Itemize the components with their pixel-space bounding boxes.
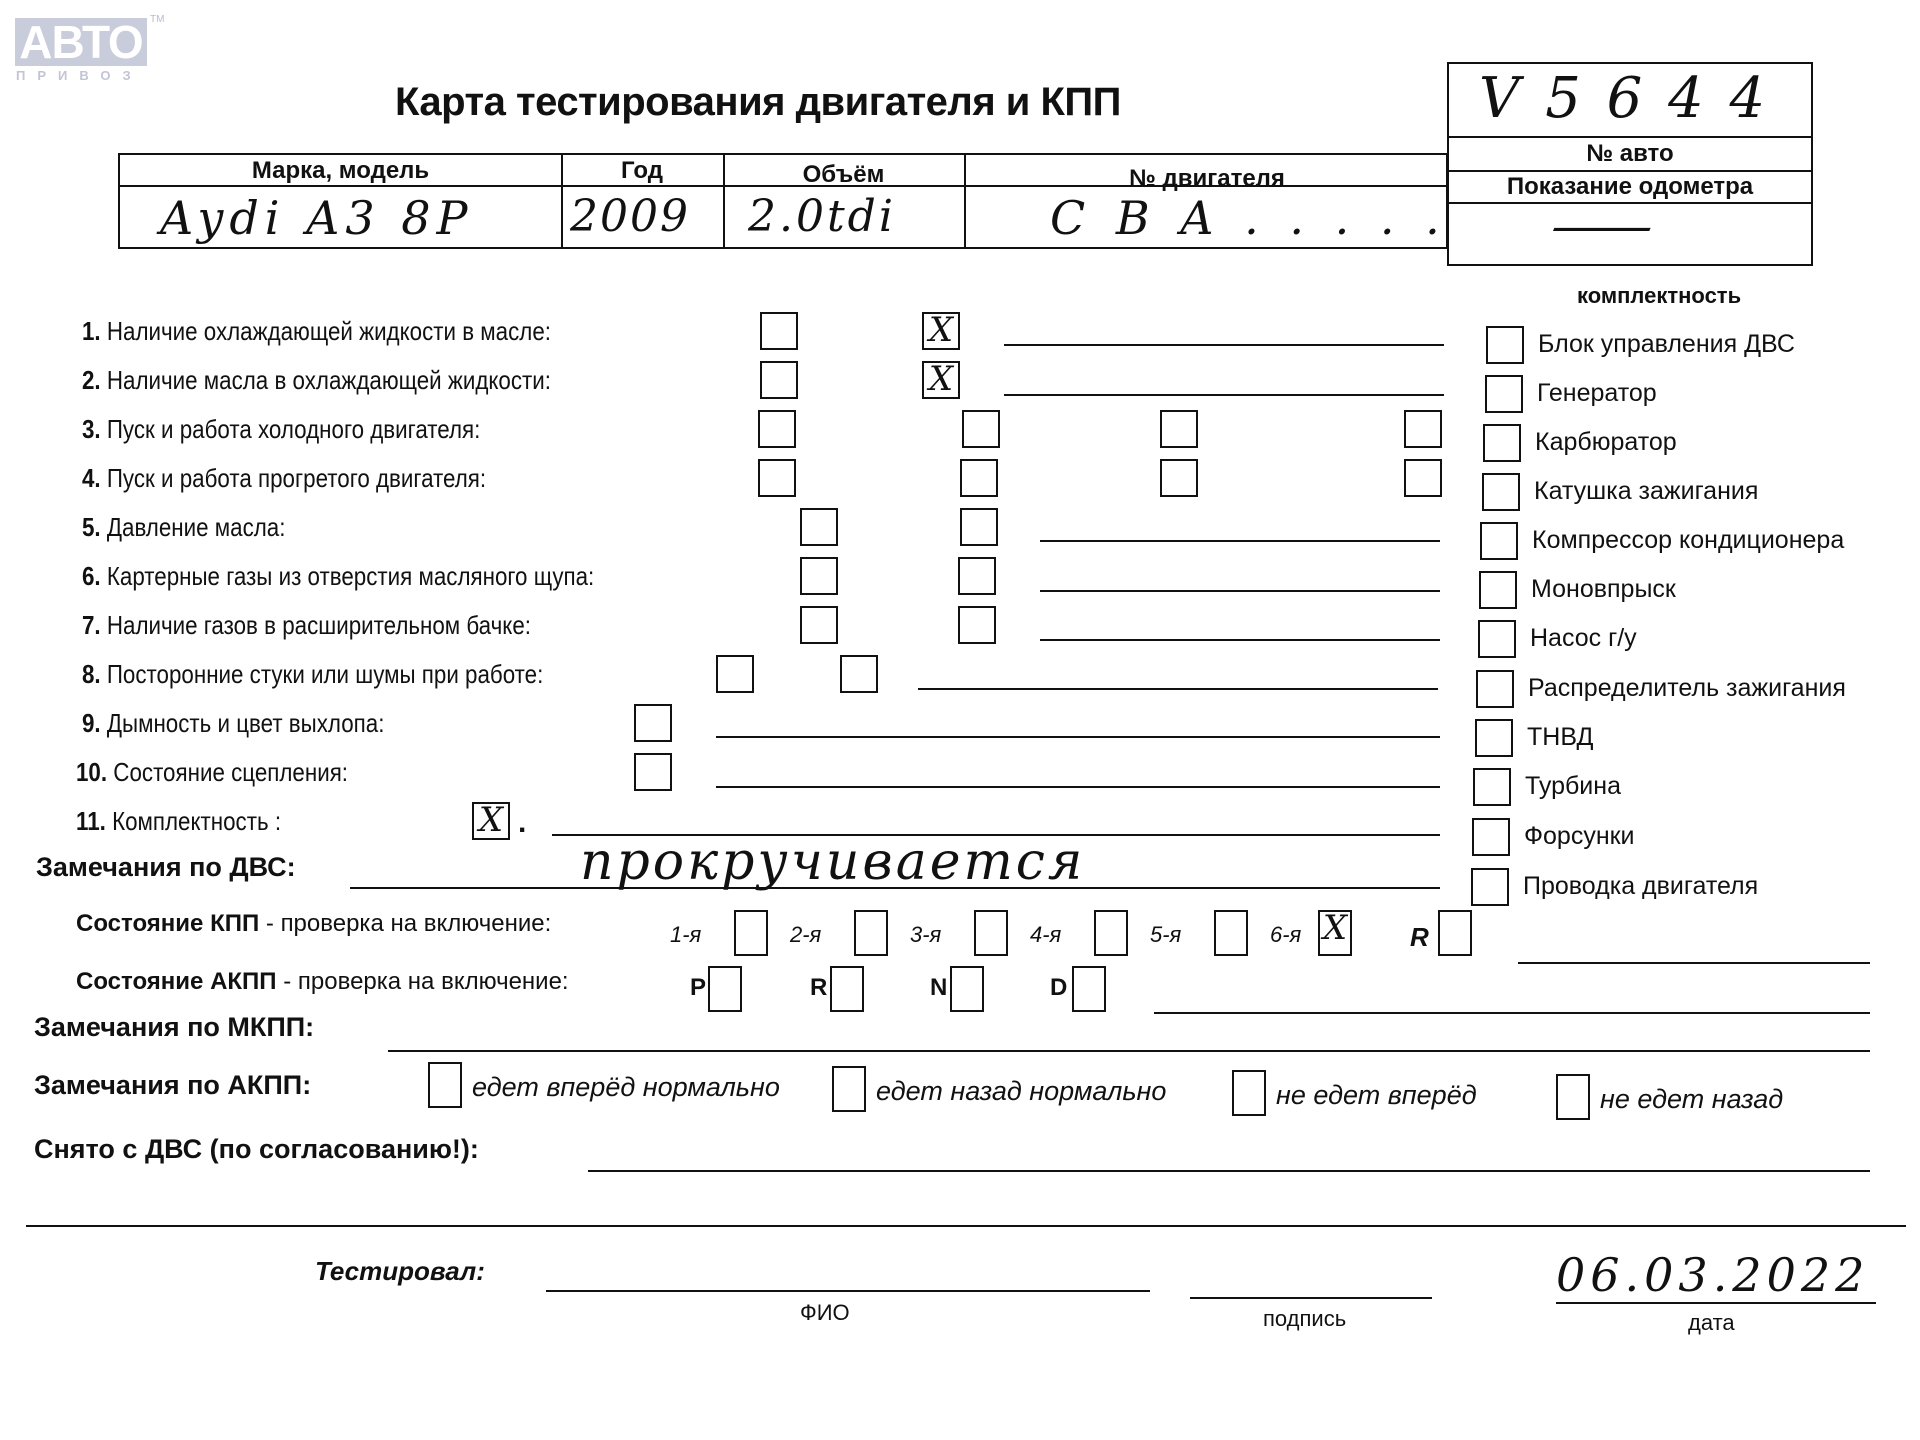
option-checkbox[interactable] — [634, 704, 672, 742]
completeness-checkbox[interactable] — [1480, 522, 1518, 560]
completeness-label: Форсунки — [1524, 822, 1635, 851]
gear-checkbox[interactable] — [854, 910, 888, 956]
vehicle-info-table: Марка, модель Год Объём № двигателя Aydi… — [118, 153, 1448, 249]
check-label: 2. Наличие масла в охлаждающей жидкости: — [82, 365, 551, 396]
logo-subtitle: ПРИВОЗ — [16, 68, 143, 83]
completeness-checkbox[interactable] — [1479, 571, 1517, 609]
logo: АВТО — [15, 18, 147, 66]
engine-number-field[interactable]: C B A . . . . . — [1050, 191, 1448, 245]
check-number: 11. — [76, 806, 106, 836]
check-text: Наличие охлаждающей жидкости в масле: — [101, 316, 551, 346]
make-model-field[interactable]: Aydi A3 8P — [160, 191, 473, 245]
option-checkbox[interactable] — [758, 459, 796, 497]
option-checkbox[interactable] — [716, 655, 754, 693]
auto-remark-checkbox[interactable] — [428, 1062, 462, 1108]
odometer-field[interactable]: — — [1549, 198, 1655, 254]
comment-line[interactable] — [1040, 590, 1440, 592]
completeness-checkbox[interactable] — [1472, 818, 1510, 856]
position-label: R — [810, 974, 827, 1002]
option-checkbox[interactable] — [758, 410, 796, 448]
date-line — [1556, 1302, 1876, 1304]
check-number: 3. — [82, 414, 101, 444]
column-volume: Объём — [723, 161, 964, 189]
comment-line[interactable] — [1004, 344, 1444, 346]
date-caption: дата — [1688, 1310, 1735, 1336]
comment-line[interactable] — [1004, 394, 1444, 396]
check-label: 4. Пуск и работа прогретого двигателя: — [82, 463, 486, 494]
gear-checkbox[interactable] — [1214, 910, 1248, 956]
completeness-checkbox[interactable] — [1486, 326, 1524, 364]
gear-label: 6-я — [1270, 922, 1301, 948]
year-field[interactable]: 2009 — [570, 191, 690, 242]
auto-remark-checkbox[interactable] — [1232, 1070, 1266, 1116]
check-label: 6. Картерные газы из отверстия масляного… — [82, 561, 594, 592]
completeness-checkbox[interactable] — [1475, 719, 1513, 757]
engine-remarks-label: Замечания по ДВС: — [36, 852, 296, 883]
comment-line[interactable] — [1040, 639, 1440, 641]
gear-label: 5-я — [1150, 922, 1181, 948]
check-text: Картерные газы из отверстия масляного щу… — [101, 561, 595, 591]
check-label: 1. Наличие охлаждающей жидкости в масле: — [82, 316, 551, 347]
check-number: 2. — [82, 365, 101, 395]
check-text: Наличие газов в расширительном бачке: — [101, 610, 531, 640]
x-mark-icon: X — [924, 310, 958, 350]
page-title: Карта тестирования двигателя и КПП — [395, 80, 1121, 125]
completeness-label: Генератор — [1537, 379, 1657, 408]
signature-caption: подпись — [1263, 1306, 1346, 1332]
check-text: Комплектность : — [106, 806, 281, 836]
volume-field[interactable]: 2.0tdi — [748, 191, 896, 242]
completeness-label: Карбюратор — [1535, 428, 1677, 457]
option-checkbox[interactable] — [960, 459, 998, 497]
date-field[interactable]: 06.03.2022 — [1556, 1248, 1869, 1302]
check-text: Состояние сцепления: — [107, 757, 348, 787]
check-text: Пуск и работа прогретого двигателя: — [101, 463, 486, 493]
removed-line[interactable] — [588, 1170, 1870, 1172]
check-label: 10. Состояние сцепления: — [76, 757, 348, 788]
manual-remarks-line[interactable] — [388, 1050, 1870, 1052]
completeness-label: Распределитель зажигания — [1528, 674, 1846, 703]
column-year: Год — [561, 157, 723, 185]
car-number-field[interactable]: V 5 6 4 4 — [1479, 66, 1769, 131]
check-number: 1. — [82, 316, 101, 346]
signature-line[interactable] — [1190, 1297, 1432, 1299]
x-mark-icon: X — [1320, 908, 1350, 948]
dot: . — [518, 806, 526, 840]
column-make-model: Марка, модель — [120, 157, 561, 185]
auto-gearbox-label: Состояние АКПП - проверка на включение: — [76, 968, 569, 996]
gear-label: 1-я — [670, 922, 701, 948]
completeness-checkbox[interactable] — [1483, 424, 1521, 462]
completeness-checkbox[interactable] — [1482, 473, 1520, 511]
option-checkbox[interactable] — [1160, 410, 1198, 448]
option-checkbox[interactable] — [800, 557, 838, 595]
column-engine-number: № двигателя — [964, 165, 1450, 193]
check-number: 10. — [76, 757, 107, 787]
completeness-label: Блок управления ДВС — [1538, 330, 1795, 359]
manual-gearbox-line — [1518, 962, 1870, 964]
completeness-label: Насос г/у — [1530, 624, 1637, 653]
check-label: 3. Пуск и работа холодного двигателя: — [82, 414, 480, 445]
check-number: 5. — [82, 512, 101, 542]
x-mark-icon: X — [924, 359, 958, 399]
option-checkbox[interactable] — [1160, 459, 1198, 497]
gear-checkbox[interactable] — [734, 910, 768, 956]
option-checkbox[interactable]: X — [922, 361, 960, 399]
completeness-label: Моновпрыск — [1531, 575, 1676, 604]
manual-remarks-label: Замечания по МКПП: — [34, 1012, 314, 1043]
completeness-checkbox[interactable] — [1476, 670, 1514, 708]
completeness-label: Проводка двигателя — [1523, 872, 1758, 901]
option-checkbox[interactable] — [800, 508, 838, 546]
option-checkbox[interactable] — [962, 410, 1000, 448]
option-checkbox[interactable] — [1404, 410, 1442, 448]
completeness-checkbox[interactable] — [1471, 868, 1509, 906]
divider-line — [26, 1225, 1906, 1227]
tested-by-label: Тестировал: — [315, 1256, 485, 1287]
gear-checkbox[interactable] — [1094, 910, 1128, 956]
gear-checkbox[interactable] — [974, 910, 1008, 956]
completeness-label: Компрессор кондиционера — [1532, 526, 1844, 555]
name-line[interactable] — [546, 1290, 1150, 1292]
completeness-checkbox[interactable] — [1473, 768, 1511, 806]
option-checkbox[interactable] — [1404, 459, 1442, 497]
option-checkbox[interactable] — [958, 557, 996, 595]
auto-remark-checkbox[interactable] — [832, 1066, 866, 1112]
check-number: 6. — [82, 561, 101, 591]
check-number: 7. — [82, 610, 101, 640]
position-checkbox[interactable] — [1072, 966, 1106, 1012]
option-checkbox[interactable] — [958, 606, 996, 644]
check-text: Посторонние стуки или шумы при работе: — [101, 659, 544, 689]
completeness-heading: комплектность — [1577, 283, 1741, 309]
removed-label: Снято с ДВС (по согласованию!): — [34, 1134, 479, 1165]
comment-line[interactable] — [716, 786, 1440, 788]
check-text: Дымность и цвет выхлопа: — [101, 708, 385, 738]
engine-remarks-field[interactable]: прокручивается — [580, 832, 1085, 892]
completeness-label: Турбина — [1525, 772, 1621, 801]
check-text: Наличие масла в охлаждающей жидкости: — [101, 365, 551, 395]
odometer-label: Показание одометра — [1449, 173, 1811, 201]
gear-label: 2-я — [790, 922, 821, 948]
auto-remark-label: не едет назад — [1600, 1084, 1783, 1115]
completeness-checkbox[interactable] — [1485, 375, 1523, 413]
comment-line[interactable] — [1040, 540, 1440, 542]
gear-label: 4-я — [1030, 922, 1061, 948]
check-label: 7. Наличие газов в расширительном бачке: — [82, 610, 531, 641]
position-checkbox[interactable] — [830, 966, 864, 1012]
position-label: D — [1050, 974, 1067, 1002]
gear-label: 3-я — [910, 922, 941, 948]
gear-label: R — [1410, 922, 1429, 953]
auto-remark-label: едет назад нормально — [876, 1076, 1166, 1107]
option-checkbox[interactable] — [840, 655, 878, 693]
completeness-label: Катушка зажигания — [1534, 477, 1758, 506]
option-checkbox[interactable] — [960, 508, 998, 546]
position-label: P — [690, 974, 706, 1002]
option-checkbox[interactable]: X — [472, 802, 510, 840]
name-caption: ФИО — [800, 1300, 850, 1326]
option-checkbox[interactable]: X — [922, 312, 960, 350]
car-number-box: V 5 6 4 4 № авто Показание одометра — — [1447, 62, 1813, 266]
auto-gearbox-line — [1154, 1012, 1870, 1014]
comment-line[interactable] — [918, 688, 1438, 690]
position-checkbox[interactable] — [708, 966, 742, 1012]
check-number: 4. — [82, 463, 101, 493]
check-label: 5. Давление масла: — [82, 512, 285, 543]
gear-checkbox[interactable]: X — [1318, 910, 1352, 956]
option-checkbox[interactable] — [634, 753, 672, 791]
check-label: 9. Дымность и цвет выхлопа: — [82, 708, 384, 739]
car-number-label: № авто — [1449, 140, 1811, 168]
check-label: 8. Посторонние стуки или шумы при работе… — [82, 659, 543, 690]
check-text: Пуск и работа холодного двигателя: — [101, 414, 481, 444]
x-mark-icon: X — [474, 800, 508, 840]
option-checkbox[interactable] — [800, 606, 838, 644]
check-label: 11. Комплектность : — [76, 806, 281, 837]
manual-gearbox-label: Состояние КПП - проверка на включение: — [76, 910, 551, 938]
option-checkbox[interactable] — [760, 312, 798, 350]
auto-remarks-label: Замечания по АКПП: — [34, 1070, 311, 1101]
comment-line[interactable] — [716, 736, 1440, 738]
gear-checkbox[interactable] — [1438, 910, 1472, 956]
completeness-label: ТНВД — [1527, 723, 1593, 752]
auto-remark-checkbox[interactable] — [1556, 1074, 1590, 1120]
check-text: Давление масла: — [101, 512, 286, 542]
option-checkbox[interactable] — [760, 361, 798, 399]
position-label: N — [930, 974, 947, 1002]
position-checkbox[interactable] — [950, 966, 984, 1012]
logo-trademark: TM — [150, 14, 164, 25]
auto-remark-label: не едет вперёд — [1276, 1080, 1477, 1111]
completeness-checkbox[interactable] — [1478, 620, 1516, 658]
auto-remark-label: едет вперёд нормально — [472, 1072, 780, 1103]
check-number: 9. — [82, 708, 101, 738]
check-number: 8. — [82, 659, 101, 689]
